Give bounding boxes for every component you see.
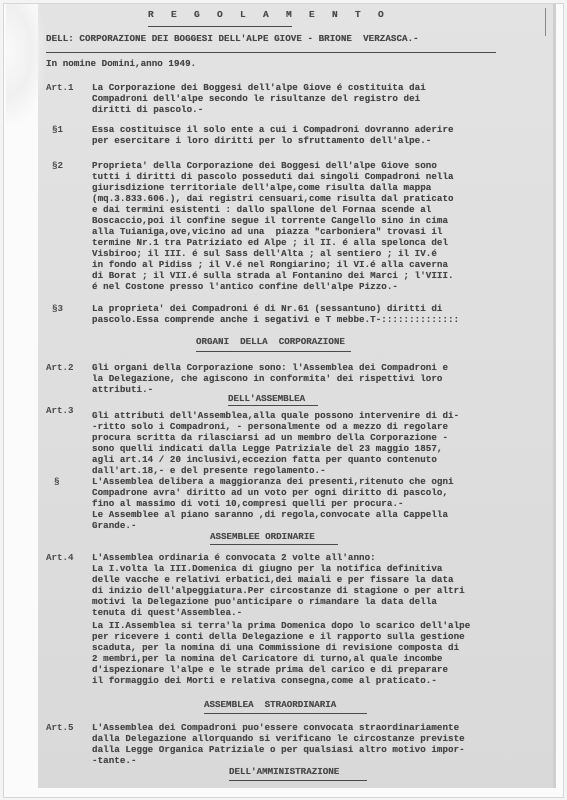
article-line: La II.Assemblea si terra'la prima Domeni… xyxy=(92,620,470,631)
paragraph-label: §2 xyxy=(52,160,63,171)
paragraph-label: § xyxy=(54,476,60,487)
article-line: La I.volta la III.Domenica di giugno per… xyxy=(92,563,443,574)
article-line: -tante.- xyxy=(92,755,137,766)
section-heading-underline xyxy=(228,405,318,406)
article-line: attributi.- xyxy=(92,384,153,395)
article-line: tutti i diritti di pascolo posseduti dai… xyxy=(92,171,454,182)
article-line: la Delegazione, che agiscono in conformi… xyxy=(92,373,443,384)
article-line: Visbiroo; il III. é sul Sass dell'Alta ;… xyxy=(92,248,437,259)
article-line: dalla Legge Organica Patriziale o per qu… xyxy=(92,744,465,755)
paragraph-label: §3 xyxy=(52,303,63,314)
article-line: sono quelli indicati dalla Legge Patrizi… xyxy=(92,443,443,454)
article-line: alla Tuianiga,ove,vicino ad una piazza "… xyxy=(92,226,443,237)
article-line: motivi la Delegazione puo'anticipare o r… xyxy=(92,596,437,607)
article-line: pascolo.Essa comprende anche i segativi … xyxy=(92,314,459,325)
article-line: L'Assemblea ordinaria é convocata 2 volt… xyxy=(92,552,376,563)
article-line: Essa costituisce il solo ente a cui i Co… xyxy=(92,124,454,135)
document-subtitle: DELL: CORPORAZIONE DEI BOGGESI DELL'ALPE… xyxy=(46,33,419,44)
article-label: Art.3 xyxy=(46,405,74,416)
article-line: é nel Costone presso l'antico confine de… xyxy=(92,281,398,292)
article-line: termine Nr.1 tra Patriziato ed Alpe ; il… xyxy=(92,237,448,248)
article-label: Art.1 xyxy=(46,82,74,93)
section-heading: DELL'ASSEMBLEA xyxy=(228,393,305,404)
paper-crease xyxy=(545,8,546,36)
article-line: procura scritta da rilasciarsi ad un mem… xyxy=(92,432,448,443)
article-line: Gli organi della Corporazione sono: l'As… xyxy=(92,362,448,373)
article-line: in fondo al Pidiss ; il V.é nel Rongiari… xyxy=(92,259,448,270)
article-line: L'Assemblea dei Compadroni puo'essere co… xyxy=(92,722,459,733)
article-line: dall'art.18,- e del presente regolamento… xyxy=(92,465,326,476)
article-line: Compadroni dell'alpe secondo le risultan… xyxy=(92,93,420,104)
article-line: scaduta, per la nomina di una Commission… xyxy=(92,642,459,653)
article-line: giurisdizione territoriale dell'alpe,com… xyxy=(92,182,431,193)
paragraph-label: §1 xyxy=(52,124,63,135)
document-title: R E G O L A M E N T O xyxy=(148,9,390,20)
article-label: Art.4 xyxy=(46,552,74,563)
section-heading-underline xyxy=(229,780,367,781)
section-heading-underline xyxy=(210,544,338,545)
article-line: Le Assemblee al piano saranno ,di regola… xyxy=(92,509,448,520)
section-heading: DELL'AMMINISTRAZIONE xyxy=(229,766,339,777)
section-heading-underline xyxy=(204,713,367,714)
section-heading: ASSEMBLEE ORDINARIE xyxy=(210,531,315,542)
article-line: Boscaccio,poi il confine segue il torren… xyxy=(92,215,448,226)
subtitle-underline xyxy=(46,52,496,53)
article-line: La proprieta' dei Compadroni é di Nr.61 … xyxy=(92,303,443,314)
article-line: delle vacche e relativi erbatici,dei mai… xyxy=(92,574,454,585)
article-line: di inizio dell'alpeggiatura.Per circosta… xyxy=(92,585,465,596)
section-heading-underline xyxy=(196,351,351,352)
article-line: Proprieta' della Corporazione dei Bogges… xyxy=(92,160,437,171)
article-line: agli art.14 / 20 inclusivi,eccezion fatt… xyxy=(92,454,437,465)
article-line: d'ispezionare l'alpe e le strade prima d… xyxy=(92,664,448,675)
document-intro: In nomine Domini,anno 1949. xyxy=(46,58,196,69)
article-line: diritti di pascolo.- xyxy=(92,104,203,115)
article-line: di Borat ; il VII.é sulla strada al Font… xyxy=(92,270,454,281)
section-heading: ASSEMBLEA STRAORDINARIA xyxy=(204,699,336,710)
paper-fold-shadow xyxy=(6,4,46,124)
article-line: dalla Delegazione allorquando si verific… xyxy=(92,733,465,744)
article-line: il formaggio dei Morti e relativa conseg… xyxy=(92,675,437,686)
article-line: Grande.- xyxy=(92,520,137,531)
article-line: per ricevere i conti della Delegazione e… xyxy=(92,631,465,642)
article-line: L'Assemblea delibera a maggioranza dei p… xyxy=(92,476,454,487)
article-line: e dai termini esistenti : dallo spallone… xyxy=(92,204,431,215)
article-line: per esercitare i loro diritti per lo sfr… xyxy=(92,135,431,146)
article-line: Compadrone avra' diritto ad un voto per … xyxy=(92,487,448,498)
article-label: Art.2 xyxy=(46,362,74,373)
article-line: 2 membri,per la nomina del Caricatore di… xyxy=(92,653,443,664)
article-line: tenuta di quest'Assemblea.- xyxy=(92,607,242,618)
paper-right-edge xyxy=(553,4,556,788)
article-line: Gli attributi dell'Assemblea,alla quale … xyxy=(92,410,459,421)
article-line: fino al massimo di voti 10,compresi quel… xyxy=(92,498,404,509)
article-label: Art.5 xyxy=(46,722,74,733)
section-heading: ORGANI DELLA CORPORAZIONE xyxy=(196,336,345,347)
article-line: La Corporazione dei Boggesi dell'alpe Gi… xyxy=(92,82,426,93)
article-line: -ritto solo i Compadroni, - personalment… xyxy=(92,421,448,432)
title-underline xyxy=(148,26,292,27)
article-line: (mq.3.833.606.), dai registri censuari,c… xyxy=(92,193,454,204)
